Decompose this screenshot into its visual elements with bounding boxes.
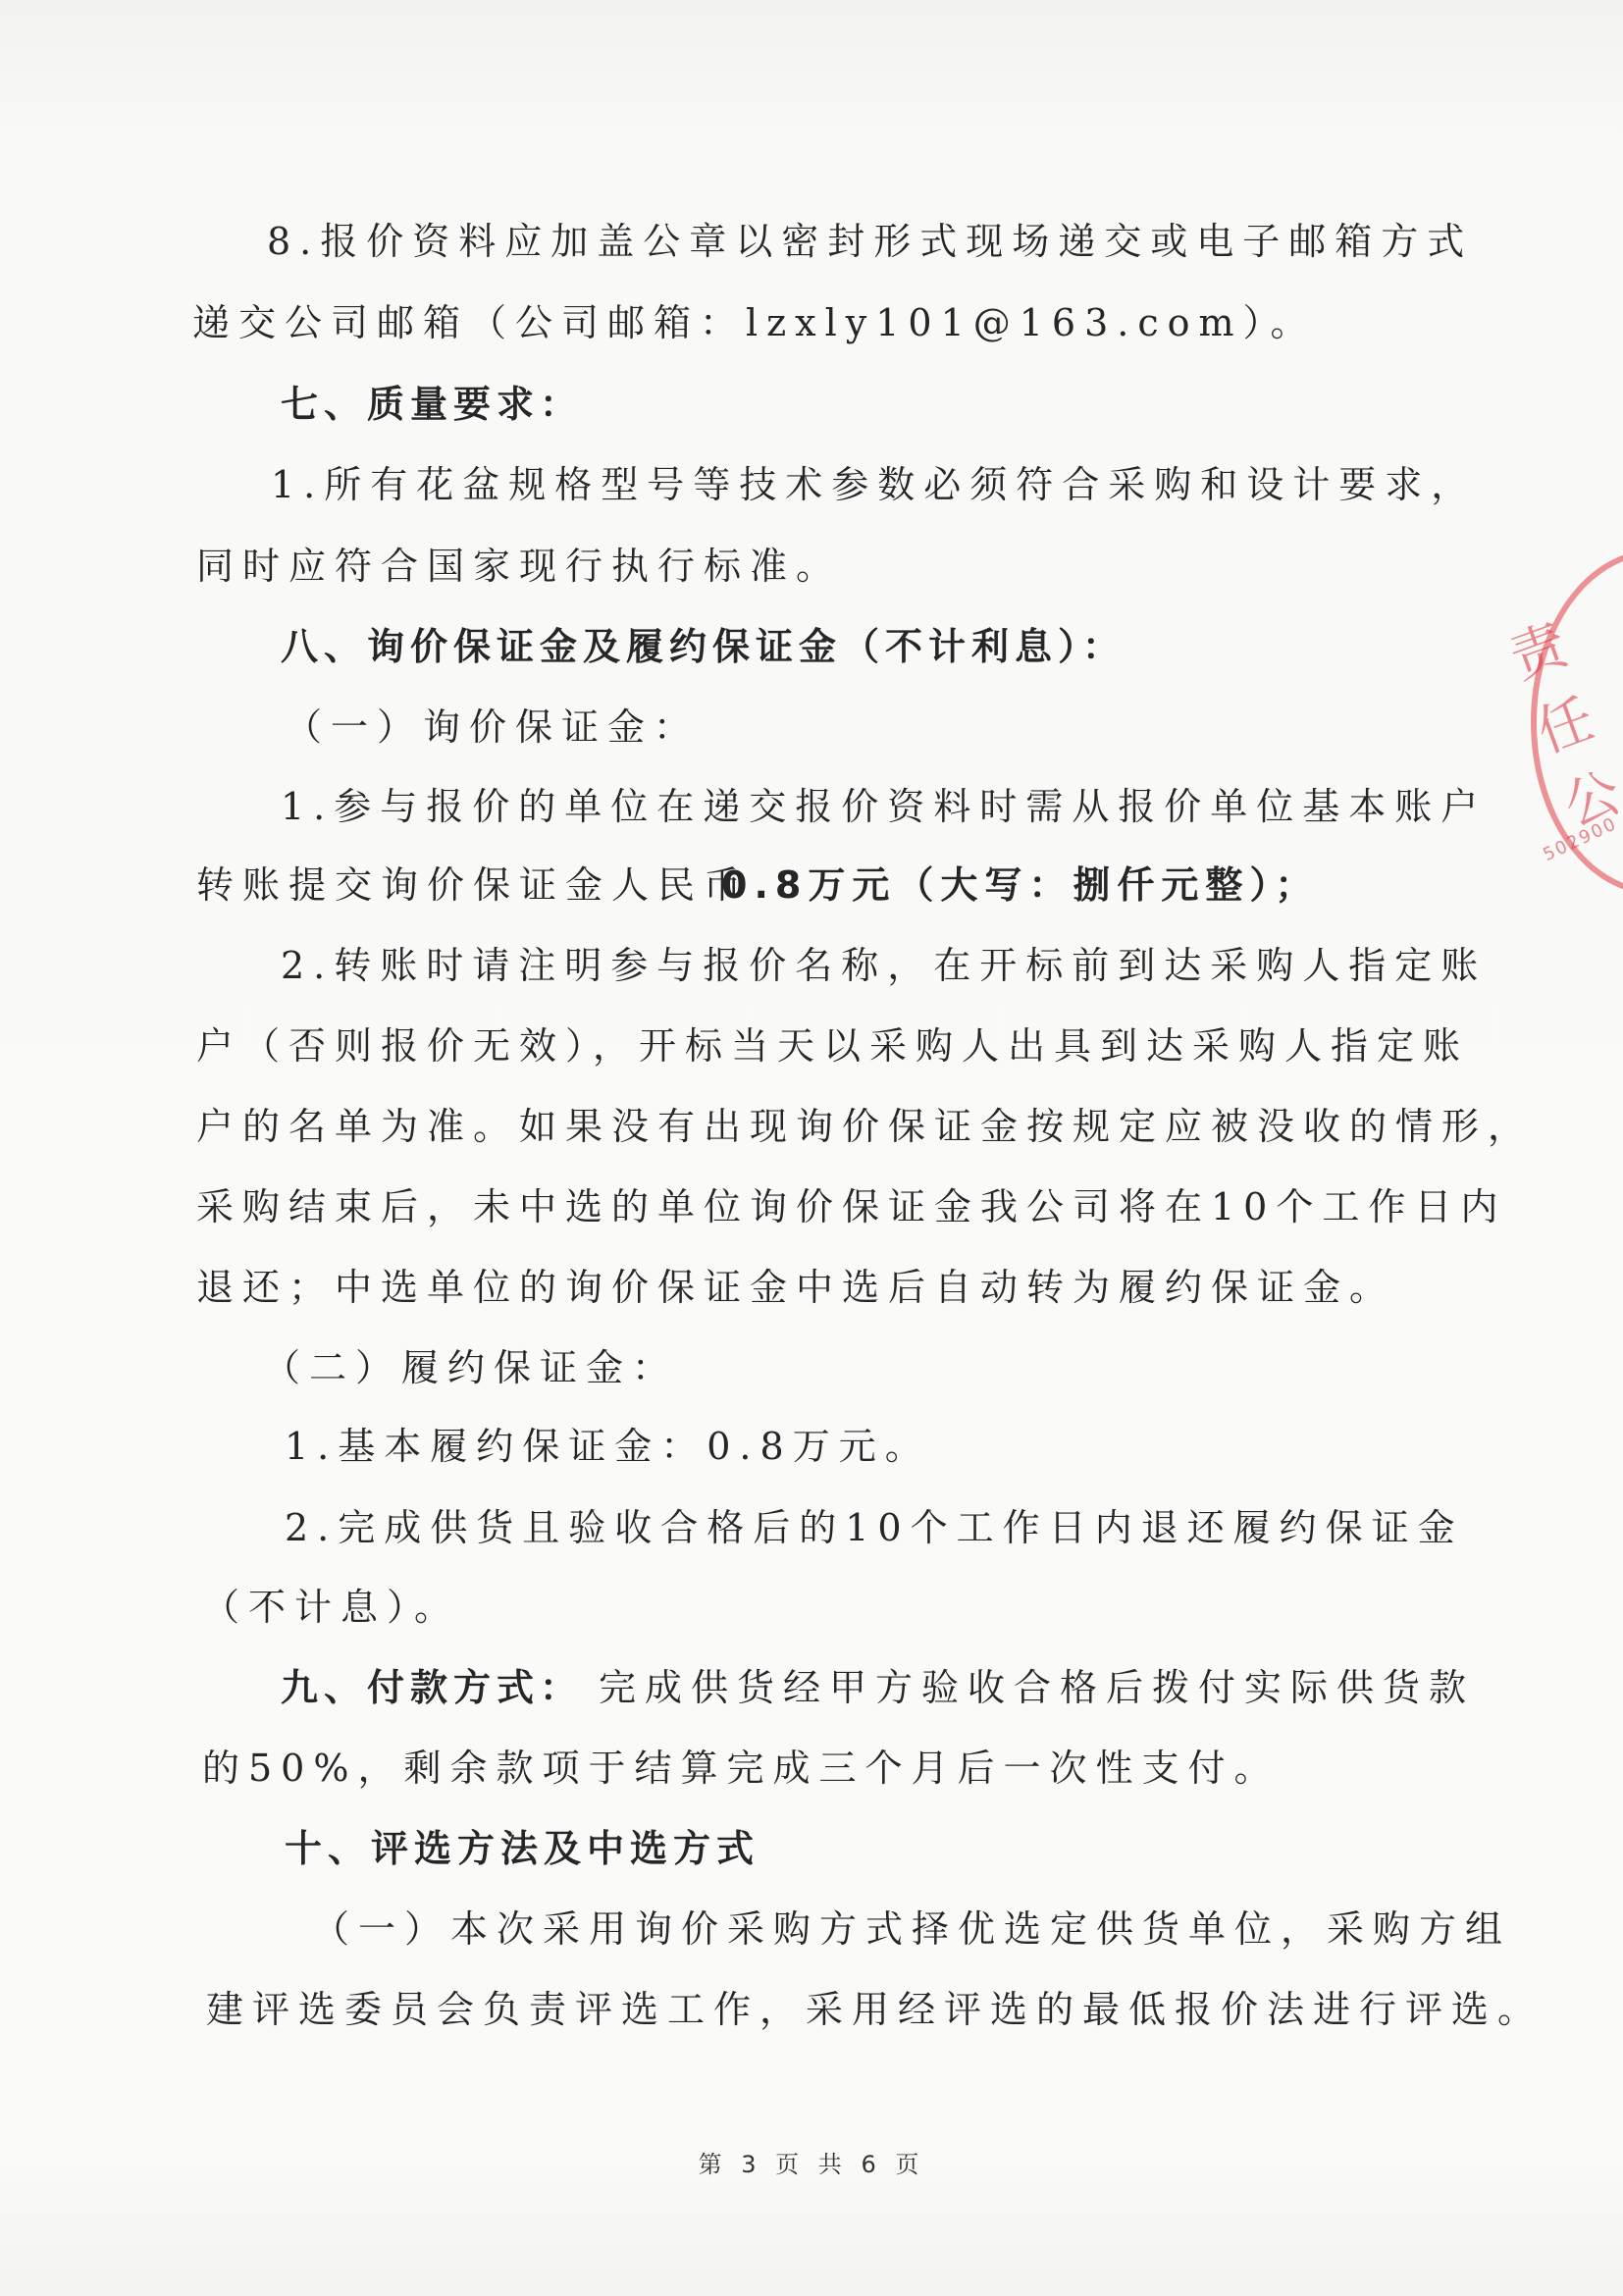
- text-line: 户的名单为准。如果没有出现询价保证金按规定应被没收的情形，: [196, 1103, 1534, 1150]
- text-line: 1.参与报价的单位在递交报价资料时需从报价单位基本账户: [281, 783, 1487, 830]
- text-line: （一）本次采用询价采购方式择优选定供货单位，采购方组: [312, 1905, 1511, 1953]
- section-heading: 七、质量要求：: [281, 381, 583, 428]
- text-line: 0.8万元（大写：捌仟元整）；: [721, 861, 1319, 909]
- section-heading: 九、付款方式：: [281, 1664, 583, 1711]
- text-line: （一）询价保证金：: [285, 704, 700, 751]
- text-line: 递交公司邮箱（公司邮箱：lzxly101@163.com）。: [192, 299, 1317, 346]
- seal-text: 责任公: [1498, 591, 1623, 842]
- text-line: 2.转账时请注明参与报价名称，在开标前到达采购人指定账: [281, 942, 1487, 989]
- text-line: 的50%，剩余款项于结算完成三个月后一次性支付。: [202, 1745, 1280, 1792]
- text-line: 同时应符合国家现行执行标准。: [196, 543, 842, 590]
- text-line: （不计息）。: [202, 1584, 460, 1631]
- text-line: 退还；中选单位的询价保证金中选后自动转为履约保证金。: [196, 1264, 1395, 1311]
- document-page: 8.报价资料应加盖公章以密封形式现场递交或电子邮箱方式递交公司邮箱（公司邮箱：l…: [0, 0, 1623, 2296]
- text-line: 完成供货经甲方验收合格后拨付实际供货款: [599, 1664, 1475, 1711]
- text-line: 建评选委员会负责评选工作，采用经评选的最低报价法进行评选。: [206, 1986, 1544, 2033]
- section-heading: 八、询价保证金及履约保证金（不计利息）：: [281, 623, 1126, 670]
- text-line: 采购结束后，未中选的单位询价保证金我公司将在10个工作日内: [196, 1183, 1506, 1230]
- text-line: 1.基本履约保证金：0.8万元。: [285, 1423, 931, 1470]
- text-line: 8.报价资料应加盖公章以密封形式现场递交或电子邮箱方式: [267, 218, 1473, 265]
- text-line: 1.所有花盆规格型号等技术参数必须符合采购和设计要求，: [271, 461, 1477, 508]
- page-footer: 第 3 页 共 6 页: [0, 2145, 1623, 2179]
- text-line: 户（否则报价无效），开标当天以采购人出具到达采购人指定账: [196, 1022, 1469, 1070]
- text-line: 转账提交询价保证金人民币: [196, 861, 750, 909]
- text-line: （二）履约保证金：: [263, 1344, 678, 1391]
- text-line: 2.完成供货且验收合格后的10个工作日内退还履约保证金: [285, 1504, 1464, 1551]
- section-heading: 十、评选方法及中选方式: [285, 1825, 759, 1872]
